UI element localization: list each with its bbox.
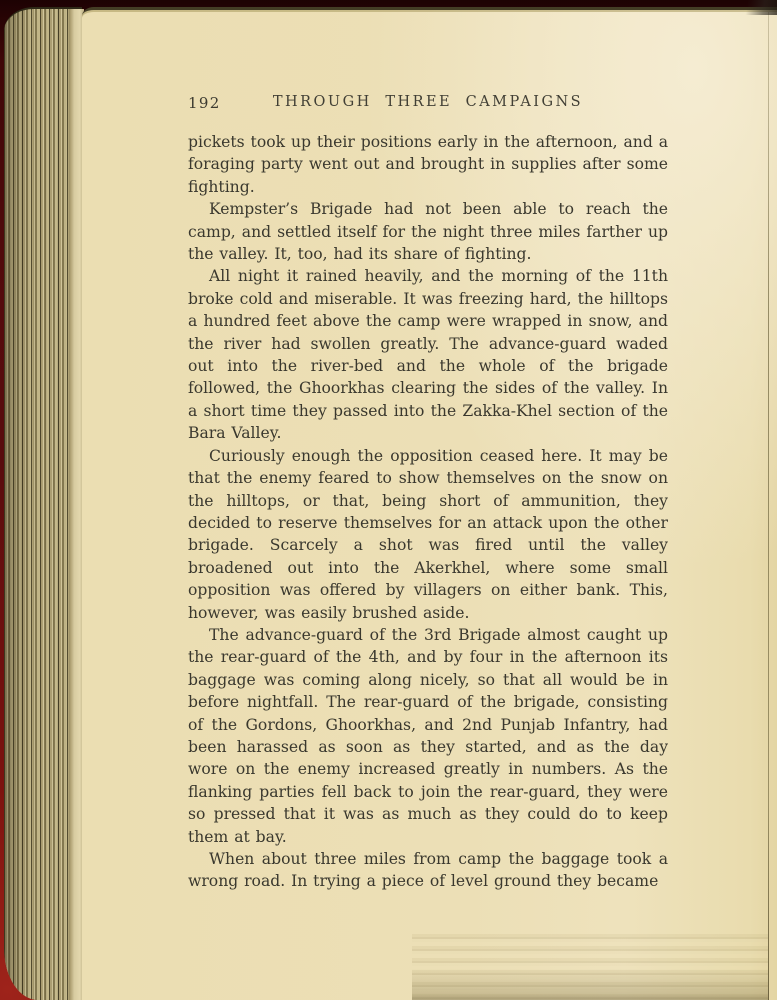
paragraph: pickets took up their positions early in…: [188, 131, 668, 198]
paragraph: The advance-guard of the 3rd Brigade alm…: [188, 624, 668, 848]
paragraph: All night it rained heavily, and the mor…: [188, 265, 668, 444]
page-paragraphs: pickets took up their positions early in…: [188, 131, 668, 893]
book-photo: 192 THROUGH THREE CAMPAIGNS pickets took…: [0, 0, 777, 1000]
running-title: THROUGH THREE CAMPAIGNS: [273, 94, 583, 110]
paragraph: When about three miles from camp the bag…: [188, 848, 668, 893]
paragraph: Kempster’s Brigade had not been able to …: [188, 198, 668, 265]
page-number: 192: [188, 94, 221, 112]
page-right-edge: [768, 12, 769, 1000]
fore-edge-stripes: [412, 930, 768, 1000]
book-page: 192 THROUGH THREE CAMPAIGNS pickets took…: [82, 7, 777, 1000]
paragraph: Curiously enough the opposition ceased h…: [188, 445, 668, 624]
top-right-shadow: [731, 0, 777, 15]
running-head: 192 THROUGH THREE CAMPAIGNS: [188, 94, 668, 110]
page-edge-stack: [4, 7, 82, 1000]
